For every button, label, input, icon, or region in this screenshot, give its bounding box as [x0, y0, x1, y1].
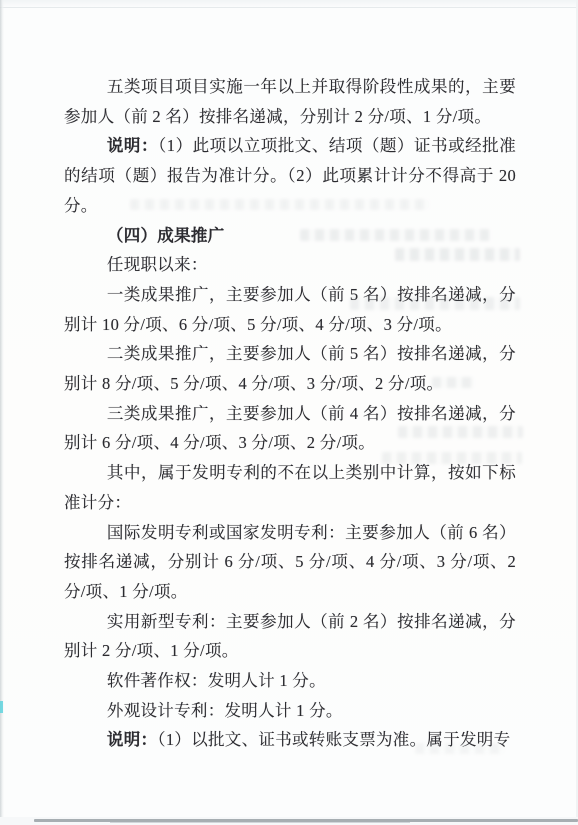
bleed-through-artifact	[300, 229, 490, 241]
paragraph: 实用新型专利：主要参加人（前 2 名）按排名递减，分别计 2 分/项、1 分/项…	[64, 607, 516, 666]
paragraph-text: 五类项目项目实施一年以上并取得阶段性成果的，主要参加人（前 2 名）按排名递减，…	[64, 77, 516, 126]
bleed-through-artifact	[395, 248, 520, 261]
paragraph-lead: 说明：	[107, 136, 158, 155]
paragraph: 其中，属于发明专利的不在以上类别中计算，按如下标准计分：	[64, 458, 516, 517]
paragraph: 国际发明专利或国家发明专利：主要参加人（前 6 名）按排名递减，分别计 6 分/…	[64, 518, 516, 607]
paragraph-text: （四）成果推广	[107, 226, 225, 245]
scan-speck-artifact	[0, 701, 3, 713]
paragraph-lead: 说明：	[107, 730, 157, 749]
paragraph-text: 软件著作权：发明人计 1 分。	[107, 671, 326, 690]
document-text-block: 五类项目项目实施一年以上并取得阶段性成果的，主要参加人（前 2 名）按排名递减，…	[64, 72, 516, 755]
bleed-through-artifact	[350, 297, 520, 310]
paragraph: 软件著作权：发明人计 1 分。	[64, 666, 516, 696]
paragraph-text: 实用新型专利：主要参加人（前 2 名）按排名递减，分别计 2 分/项、1 分/项…	[64, 612, 516, 661]
paragraph: 五类项目项目实施一年以上并取得阶段性成果的，主要参加人（前 2 名）按排名递减，…	[64, 72, 516, 131]
bleed-through-artifact	[432, 377, 474, 388]
bleed-through-artifact	[130, 199, 430, 210]
paragraph: 二类成果推广，主要参加人（前 5 名）按排名递减，分别计 8 分/项、5 分/项…	[64, 339, 516, 398]
paragraph-text: 其中，属于发明专利的不在以上类别中计算，按如下标准计分：	[64, 463, 516, 512]
paragraph-text: 任现职以来：	[107, 255, 208, 274]
paragraph-text: 国际发明专利或国家发明专利：主要参加人（前 6 名）按排名递减，分别计 6 分/…	[64, 523, 516, 601]
bleed-through-artifact	[415, 743, 505, 754]
paragraph-text: 外观设计专利：发明人计 1 分。	[107, 701, 343, 720]
scan-top-edge	[0, 0, 578, 8]
scanned-document-page: 五类项目项目实施一年以上并取得阶段性成果的，主要参加人（前 2 名）按排名递减，…	[0, 0, 578, 825]
bleed-through-artifact	[382, 452, 522, 464]
paragraph: 外观设计专利：发明人计 1 分。	[64, 696, 516, 726]
bleed-through-artifact	[398, 426, 523, 438]
scan-bottom-edge-line-thin	[110, 822, 410, 823]
